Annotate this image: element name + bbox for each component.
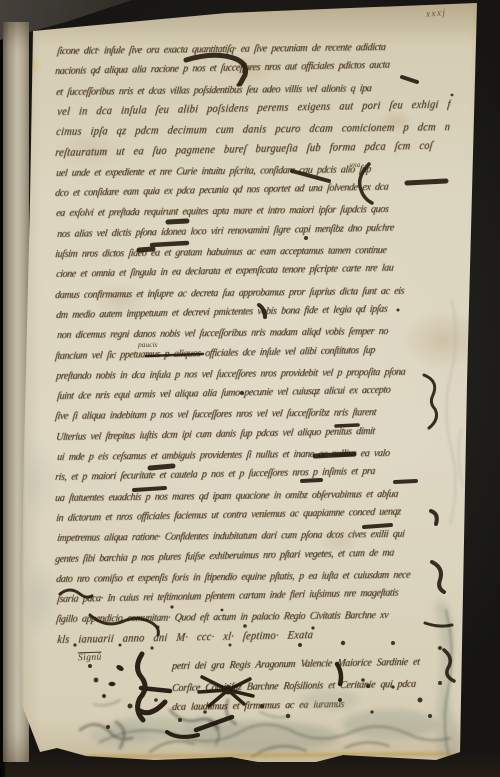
- subscription-line: Corſice Comitiſqz Barchne Roſsilionis et…: [171, 676, 447, 697]
- subscription-line: dca laudamus et firmamus ac ea iuramus: [171, 697, 373, 716]
- interlinear-insertion: paucis: [138, 340, 158, 349]
- subscription-line: petri dei gra Regis Aragonum Valencie Ma…: [171, 654, 441, 675]
- text-line: ſigillo appendicio comunitam· Quod eſt a…: [55, 607, 451, 630]
- manuscript-photo: xxxj ſicone dict· inſule ſive ora exacta…: [0, 0, 500, 777]
- folio-number: xxxj: [426, 7, 447, 19]
- interlinear-insertion: vna: [350, 161, 360, 169]
- signum-margin-note: Signū: [78, 653, 102, 664]
- text-line: Ulterius vel ſtrepitus iuſtis dcm ipi cu…: [55, 422, 451, 448]
- manuscript-page: xxxj ſicone dict· inſule ſive ora exacta…: [0, 0, 500, 777]
- text-line-dating-clause: kls ianuarii anno dni M· ccc· xl· ſeptim…: [56, 626, 389, 650]
- text-line: nos alias vel dictis pſona idonea loco v…: [56, 219, 452, 245]
